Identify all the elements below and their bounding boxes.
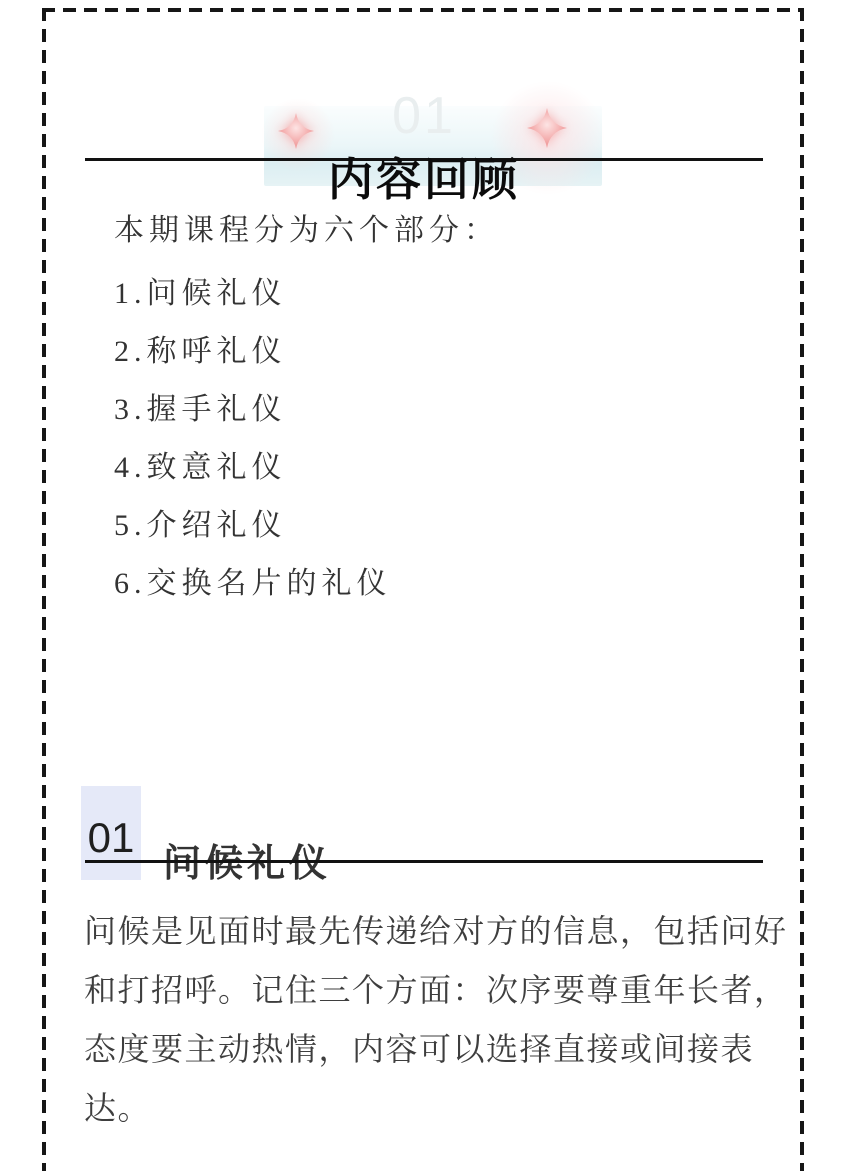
page-title: 内容回顾: [85, 143, 763, 208]
section-number-watermark: 01: [85, 86, 763, 146]
page-border-top: [42, 8, 804, 12]
sparkle-icon: [277, 112, 315, 150]
list-item: 1.问候礼仪: [114, 265, 774, 323]
paragraph-line: 态度要主动热情，内容可以选择直接或间接表: [84, 1020, 784, 1079]
list-item: 6.交换名片的礼仪: [114, 555, 774, 613]
course-overview-list: 本期课程分为六个部分： 1.问候礼仪 2.称呼礼仪 3.握手礼仪 4.致意礼仪 …: [114, 202, 774, 613]
overview-intro: 本期课程分为六个部分：: [114, 202, 774, 260]
list-item: 5.介绍礼仪: [114, 497, 774, 555]
list-item: 2.称呼礼仪: [114, 323, 774, 381]
section-number-badge: 01: [81, 786, 141, 880]
page-border-left: [42, 8, 46, 1171]
list-item: 3.握手礼仪: [114, 381, 774, 439]
section-paragraph: 问候是见面时最先传递给对方的信息，包括问好 和打招呼。记住三个方面：次序要尊重年…: [84, 902, 784, 1138]
paragraph-line: 和打招呼。记住三个方面：次序要尊重年长者，: [84, 961, 784, 1020]
paragraph-line: 达。: [84, 1079, 784, 1138]
section-number: 01: [88, 814, 135, 862]
list-item: 4.致意礼仪: [114, 439, 774, 497]
section-underline: [85, 860, 763, 863]
article-page: 01 内容回顾 本期课程分为六个部分： 1.问候礼仪 2.称呼礼仪 3.握手礼仪…: [0, 0, 846, 1171]
sparkle-icon: [526, 107, 568, 149]
page-border-right: [800, 8, 804, 1171]
paragraph-line: 问候是见面时最先传递给对方的信息，包括问好: [84, 902, 784, 961]
